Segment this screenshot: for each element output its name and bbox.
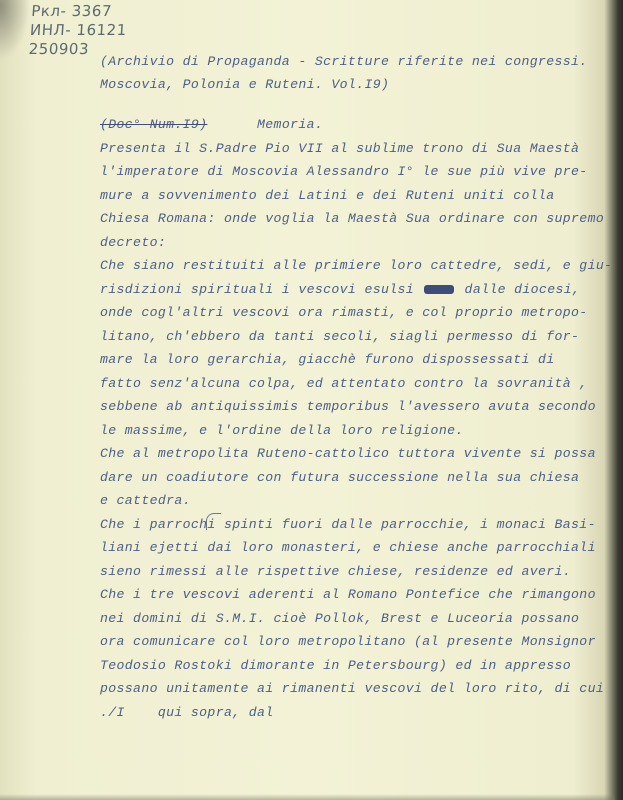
body-line: mare la loro gerarchia, giacchè furono d…: [100, 348, 620, 372]
body-text: dalle diocesi,: [456, 282, 580, 297]
body-line: le massime, e l'ordine della loro religi…: [100, 419, 620, 443]
body-line: decreto:: [100, 231, 620, 255]
body-line: fatto senz'alcuna colpa, ed attentato co…: [100, 372, 620, 396]
handwritten-arc-mark: [206, 513, 221, 530]
scanned-document-page: Ркл- 3367 ИНЛ- 16121 250903 (Archivio di…: [0, 0, 623, 800]
body-line: Presenta il S.Padre Pio VII al sublime t…: [100, 137, 620, 161]
body-line: sebbene ab antiquissimis temporibus l'av…: [100, 395, 620, 419]
archive-mark-1: Ркл- 3367: [31, 2, 129, 21]
body-line: Teodosio Rostoki dimorante in Petersbour…: [100, 654, 620, 678]
body-line: mure a sovvenimento dei Latini e dei Rut…: [100, 184, 620, 208]
body-line: e cattedra.: [100, 489, 620, 513]
body-line: ora comunicare col loro metropolitano (a…: [100, 630, 620, 654]
body-line: nei domini di S.M.I. cioè Pollok, Brest …: [100, 607, 620, 631]
document-title: Memoria.: [257, 117, 323, 132]
body-line: Che i tre vescovi aderenti al Romano Pon…: [100, 583, 620, 607]
body-line: Chiesa Romana: onde voglia la Maestà Sua…: [100, 207, 620, 231]
header-source-line-1: (Archivio di Propaganda - Scritture rife…: [100, 50, 620, 73]
body-line: l'imperatore di Moscovia Alessandro I° l…: [100, 160, 620, 184]
body-line-continuation: ./I qui sopra, dal: [100, 701, 620, 725]
body-line: Che siano restituiti alle primiere loro …: [100, 254, 620, 278]
body-line: litano, ch'ebbero da tanti secoli, siagl…: [100, 325, 620, 349]
body-text: risdizioni spirituali i vescovi esulsi: [100, 282, 422, 297]
document-reference: (Doc° Num.I9) Memoria.: [100, 113, 620, 137]
body-line: Che i parrochi spinti fuori dalle parroc…: [100, 513, 620, 537]
body-line: possano unitamente ai rimanenti vescovi …: [100, 677, 620, 701]
typewritten-text: (Archivio di Propaganda - Scritture rife…: [100, 50, 620, 724]
body-line: onde cogl'altri vescovi ora rimasti, e c…: [100, 301, 620, 325]
body-line-with-correction: risdizioni spirituali i vescovi esulsi d…: [100, 278, 620, 302]
archive-mark-2: ИНЛ- 16121: [29, 21, 127, 40]
body-line: dare un coadiutore con futura succession…: [100, 466, 620, 490]
body-line: Che al metropolita Ruteno-cattolico tutt…: [100, 442, 620, 466]
ink-blot-correction: [424, 285, 454, 294]
header-source-line-2: Moscovia, Polonia e Ruteni. Vol.I9): [100, 73, 620, 96]
body-line: liani ejetti dai loro monasteri, e chies…: [100, 536, 620, 560]
body-line: sieno rimessi alle rispettive chiese, re…: [100, 560, 620, 584]
spacer: [100, 96, 620, 113]
struck-doc-number: (Doc° Num.I9): [100, 117, 207, 132]
